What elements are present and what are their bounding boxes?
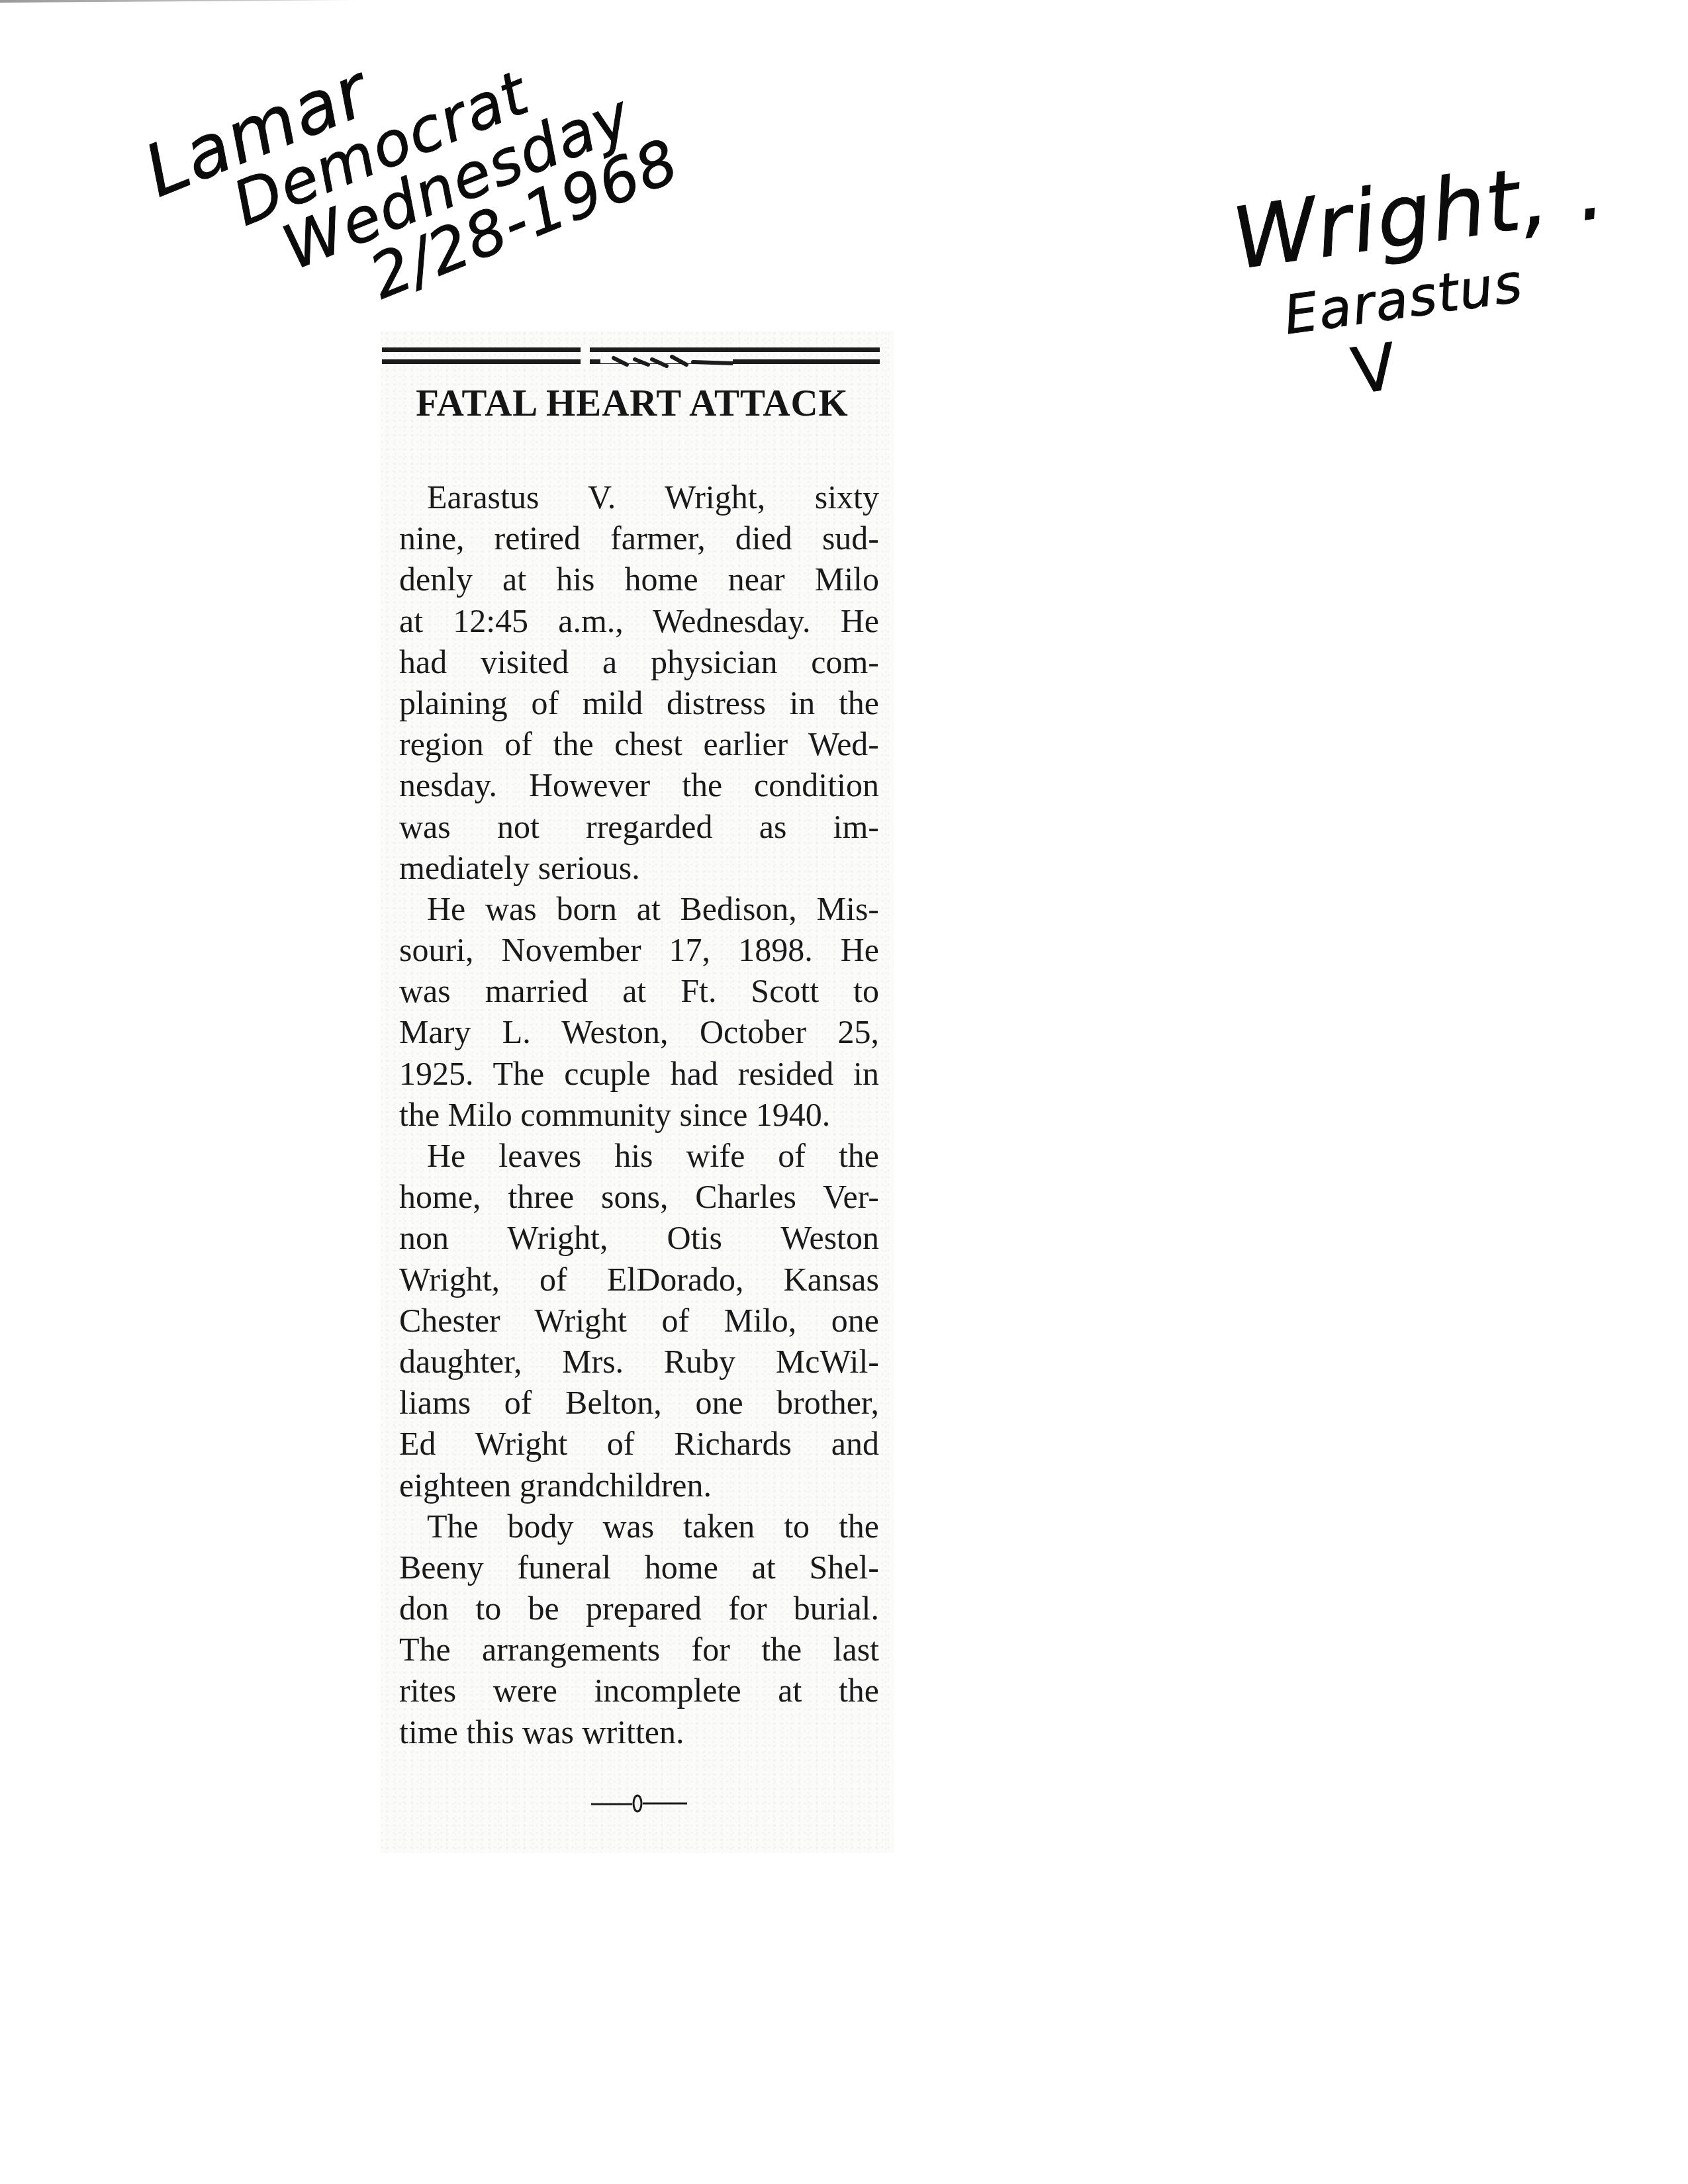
article-line: at 12:45 a.m., Wednesday. He	[399, 600, 879, 641]
article-line: non Wright, Otis Weston	[399, 1217, 879, 1258]
article-line: don to be prepared for burial.	[399, 1588, 879, 1629]
end-rule-circle-icon	[591, 1794, 687, 1813]
article-body: Earastus V. Wright, sixtynine, retired f…	[399, 477, 879, 1752]
article-line: He was born at Bedison, Mis-	[399, 888, 879, 929]
handwritten-source-note: Lamar Democrat Wednesday 2/28-1968	[136, 0, 687, 372]
article-line: liams of Belton, one brother,	[399, 1382, 879, 1423]
article-paragraph: Earastus V. Wright, sixtynine, retired f…	[399, 477, 879, 888]
article-line: nine, retired farmer, died sud-	[399, 518, 879, 559]
article-line: had visited a physician com-	[399, 641, 879, 682]
article-line: region of the chest earlier Wed-	[399, 723, 879, 764]
newspaper-clipping: FATAL HEART ATTACK Earastus V. Wright, s…	[381, 331, 894, 1853]
article-line: nesday. However the condition	[399, 764, 879, 805]
article-line: eighteen grandchildren.	[399, 1465, 879, 1506]
article-paragraph: The body was taken to theBeeny funeral h…	[399, 1506, 879, 1752]
article-line: Earastus V. Wright, sixty	[399, 477, 879, 518]
article-line: was not rregarded as im-	[399, 806, 879, 847]
article-line: He leaves his wife of the	[399, 1135, 879, 1176]
article-paragraph: He was born at Bedison, Mis-souri, Novem…	[399, 888, 879, 1135]
article-line: The arrangements for the last	[399, 1629, 879, 1670]
article-line: plaining of mild distress in the	[399, 682, 879, 723]
article-line: was married at Ft. Scott to	[399, 970, 879, 1011]
headline: FATAL HEART ATTACK	[386, 381, 879, 425]
article-line: souri, November 17, 1898. He	[399, 929, 879, 970]
article-line: rites were incomplete at the	[399, 1670, 879, 1711]
scan-edge	[0, 0, 371, 3]
article-line: home, three sons, Charles Ver-	[399, 1176, 879, 1217]
article-line: mediately serious.	[399, 847, 879, 888]
article-line: time this was written.	[399, 1711, 879, 1752]
article-line: The body was taken to the	[399, 1506, 879, 1547]
article-line: Ed Wright of Richards and	[399, 1423, 879, 1464]
handwritten-name-note: Wright, . Earastus V	[1228, 146, 1629, 417]
article-line: denly at his home near Milo	[399, 559, 879, 600]
article-line: Beeny funeral home at Shel-	[399, 1547, 879, 1588]
double-rule-divider	[382, 347, 880, 374]
article-paragraph: He leaves his wife of thehome, three son…	[399, 1135, 879, 1506]
rule-gap	[581, 346, 590, 369]
article-line: the Milo community since 1940.	[399, 1094, 879, 1135]
ornament-flourish-icon	[600, 350, 733, 370]
article-line: 1925. The ccuple had resided in	[399, 1053, 879, 1094]
article-line: daughter, Mrs. Ruby McWil-	[399, 1341, 879, 1382]
article-line: Wright, of ElDorado, Kansas	[399, 1259, 879, 1300]
article-line: Mary L. Weston, October 25,	[399, 1011, 879, 1052]
article-line: Chester Wright of Milo, one	[399, 1300, 879, 1341]
